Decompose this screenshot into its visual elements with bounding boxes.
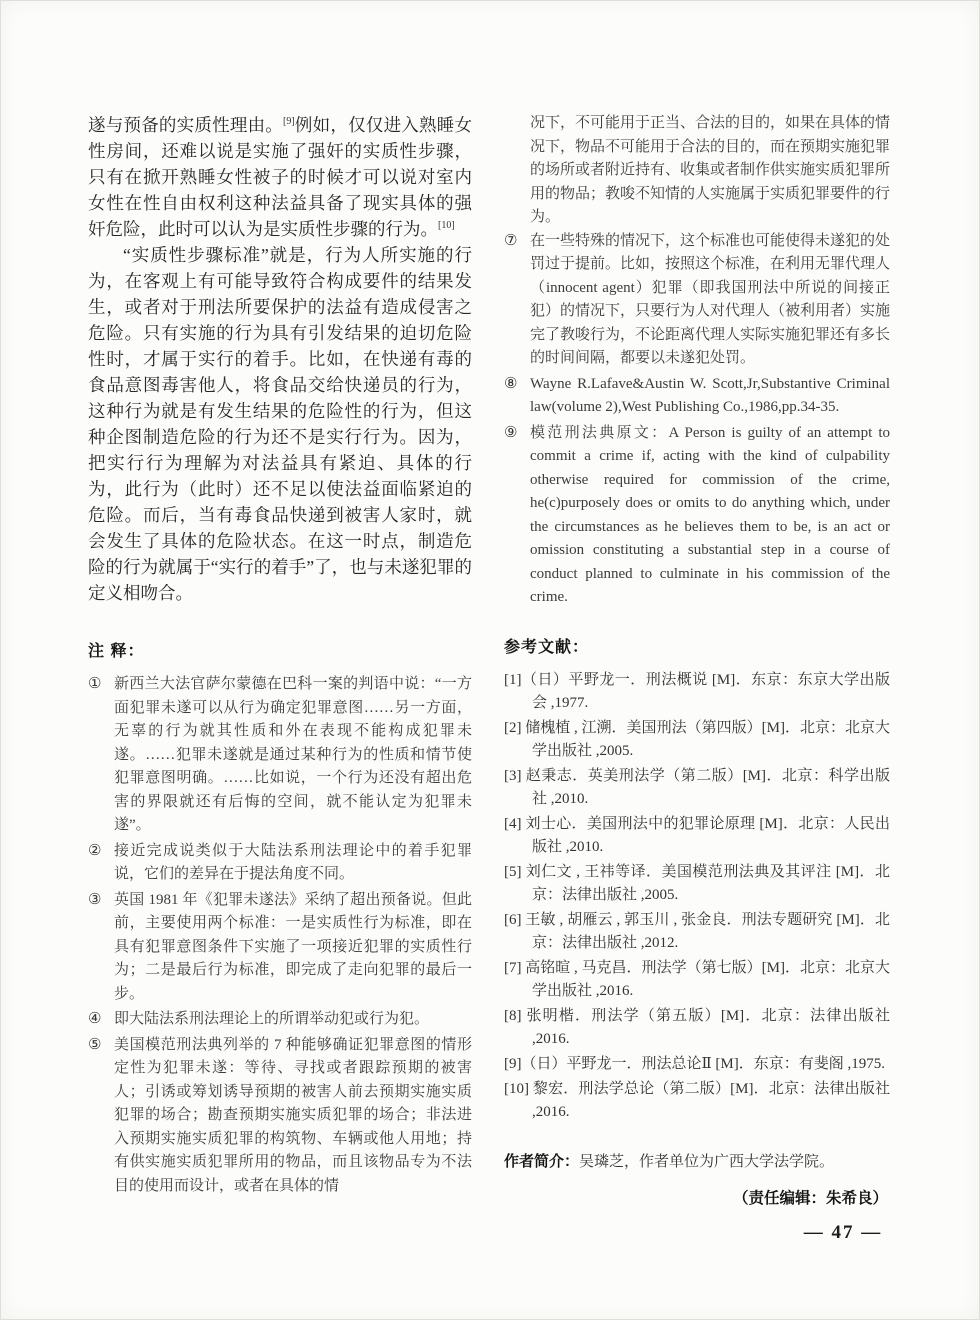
reference-item: [3] 赵秉志．英美刑法学（第二版）[M]．北京：科学出版社 ,2010. (504, 765, 890, 811)
notes-list: ⑦ 在一些特殊的情况下，这个标准也可能使得未遂犯的处罚过于提前。比如，按照这个标… (504, 230, 890, 610)
reference-item: [7] 高铭暄 , 马克昌．刑法学（第七版）[M]．北京：北京大学出版社 ,20… (504, 957, 890, 1003)
note-item: ④ 即大陆法系刑法理论上的所谓举动犯或行为犯。 (88, 1008, 472, 1032)
body-text-block: 遂与预备的实质性理由。[9]例如，仅仅进入熟睡女性房间，还难以说是实施了强奸的实… (88, 112, 472, 606)
reference-item: [6] 王敏 , 胡雁云 , 郭玉川 , 张金良．刑法专题研究 [M]．北京：法… (504, 909, 890, 955)
note-text: 在一些特殊的情况下，这个标准也可能使得未遂犯的处罚过于提前。比如，按照这个标准，… (530, 230, 890, 371)
reference-item: [8] 张明楷．刑法学（第五版）[M]．北京：法律出版社 ,2016. (504, 1005, 890, 1051)
reference-item: [1]（日）平野龙一．刑法概说 [M]．东京：东京大学出版会 ,1977. (504, 669, 890, 715)
right-column: 况下，不可能用于正当、合法的目的，如果在具体的情况下，物品不可能用于合法的目的，… (504, 112, 890, 1208)
reference-item: [9]（日）平野龙一．刑法总论Ⅱ [M]．东京：有斐阁 ,1975. (504, 1053, 890, 1076)
main-paragraph: “实质性步骤标准”就是，行为人所实施的行为，在客观上有可能导致符合构成要件的结果… (88, 242, 472, 606)
author-bio-label: 作者简介： (504, 1153, 579, 1170)
note-number: ③ (88, 889, 114, 1007)
notes-heading: 注 释： (88, 638, 472, 661)
note-text: 模范刑法典原文：A Person is guilty of an attempt… (530, 422, 890, 610)
note-text: 英国 1981 年《犯罪未遂法》采纳了超出预备说。但此前，主要使用两个标准：一是… (114, 889, 472, 1007)
note-item: ③ 英国 1981 年《犯罪未遂法》采纳了超出预备说。但此前，主要使用两个标准：… (88, 889, 472, 1007)
page-number: — 47 — (778, 1222, 908, 1244)
note-item: ⑨ 模范刑法典原文：A Person is guilty of an attem… (504, 422, 890, 610)
footnote-ref-10: [10] (438, 220, 455, 231)
note-item: ② 接近完成说类似于大陆法系刑法理论中的着手犯罪说，它们的差异在于提法角度不同。 (88, 840, 472, 887)
note-item: ⑤ 美国模范刑法典列举的 7 种能够确证犯罪意图的情形定性为犯罪未遂：等待、寻找… (88, 1034, 472, 1199)
note-number: ④ (88, 1008, 114, 1032)
footnote-ref-9: [9] (283, 116, 295, 127)
note-number: ② (88, 840, 114, 887)
note-item: ⑧ Wayne R.Lafave&Austin W. Scott,Jr,Subs… (504, 373, 890, 420)
left-column: 遂与预备的实质性理由。[9]例如，仅仅进入熟睡女性房间，还难以说是实施了强奸的实… (88, 112, 472, 1200)
note-text: 即大陆法系刑法理论上的所谓举动犯或行为犯。 (114, 1008, 472, 1032)
note-item: ① 新西兰大法官萨尔蒙德在巴科一案的判语中说：“一方面犯罪未遂可以从行为确定犯罪… (88, 673, 472, 838)
note-text: 美国模范刑法典列举的 7 种能够确证犯罪意图的情形定性为犯罪未遂：等待、寻找或者… (114, 1034, 472, 1199)
editor-credit: （责任编辑：朱希良） (504, 1186, 890, 1208)
notes-list: ① 新西兰大法官萨尔蒙德在巴科一案的判语中说：“一方面犯罪未遂可以从行为确定犯罪… (88, 673, 472, 1198)
note-5-continuation: 况下，不可能用于正当、合法的目的，如果在具体的情况下，物品不可能用于合法的目的，… (504, 112, 890, 230)
author-bio-text: 吴璘芝，作者单位为广西大学法学院。 (579, 1154, 834, 1170)
note-number: ⑧ (504, 373, 530, 420)
references-list: [1]（日）平野龙一．刑法概说 [M]．东京：东京大学出版会 ,1977. [2… (504, 669, 890, 1124)
main-paragraph: 遂与预备的实质性理由。[9]例如，仅仅进入熟睡女性房间，还难以说是实施了强奸的实… (88, 112, 472, 242)
note-item: ⑦ 在一些特殊的情况下，这个标准也可能使得未遂犯的处罚过于提前。比如，按照这个标… (504, 230, 890, 371)
note-text: 接近完成说类似于大陆法系刑法理论中的着手犯罪说，它们的差异在于提法角度不同。 (114, 840, 472, 887)
note-number: ① (88, 673, 114, 838)
note-number: ⑨ (504, 422, 530, 610)
journal-page: 遂与预备的实质性理由。[9]例如，仅仅进入熟睡女性房间，还难以说是实施了强奸的实… (0, 0, 980, 1320)
note-number: ⑤ (88, 1034, 114, 1199)
reference-item: [5] 刘仁文 , 王祎等译．美国模范刑法典及其评注 [M]．北京：法律出版社 … (504, 861, 890, 907)
reference-item: [2] 储槐植 , 江溯．美国刑法（第四版）[M]．北京：北京大学出版社 ,20… (504, 717, 890, 763)
author-bio: 作者简介：吴璘芝，作者单位为广西大学法学院。 (504, 1150, 890, 1174)
references-heading: 参考文献： (504, 634, 890, 657)
note-text: 新西兰大法官萨尔蒙德在巴科一案的判语中说：“一方面犯罪未遂可以从行为确定犯罪意图… (114, 673, 472, 838)
note-number: ⑦ (504, 230, 530, 371)
note-text: Wayne R.Lafave&Austin W. Scott,Jr,Substa… (530, 373, 890, 420)
reference-item: [4] 刘士心．美国刑法中的犯罪论原理 [M]．北京：人民出版社 ,2010. (504, 813, 890, 859)
paragraph-text: 遂与预备的实质性理由。 (88, 115, 283, 135)
reference-item: [10] 黎宏．刑法学总论（第二版）[M]．北京：法律出版社 ,2016. (504, 1078, 890, 1124)
